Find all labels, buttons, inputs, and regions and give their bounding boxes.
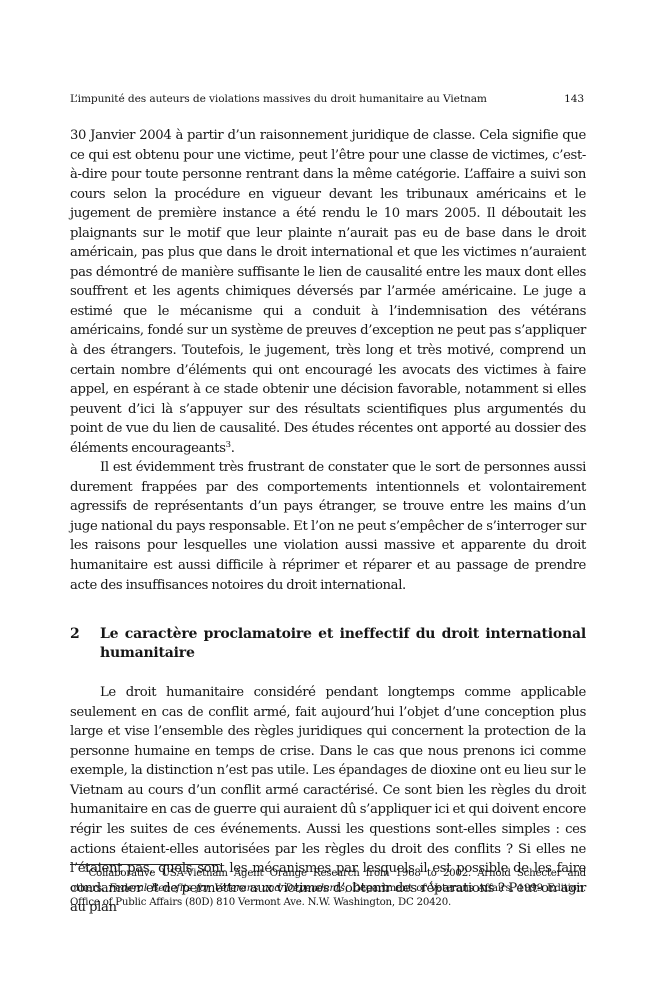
running-head-title: L’impunité des auteurs de violations mas… <box>70 92 487 106</box>
body-text: 30 Janvier 2004 à partir d’un raisonneme… <box>70 126 586 918</box>
paragraph-tail: . <box>231 441 235 456</box>
paragraph: Il est évidemment très frustrant de cons… <box>70 458 586 595</box>
page-number: 143 <box>564 92 586 106</box>
paragraph-text: 30 Janvier 2004 à partir d’un raisonneme… <box>70 128 586 456</box>
running-head: L’impunité des auteurs de violations mas… <box>70 92 586 106</box>
section-number: 2 <box>70 625 100 663</box>
page: L’impunité des auteurs de violations mas… <box>70 92 586 918</box>
section-heading: 2 Le caractère proclamatoire et ineffect… <box>70 625 586 663</box>
footnote: 3Collaborative USA-Vietnam Agent Orange … <box>70 867 586 911</box>
section-title: Le caractère proclamatoire et ineffectif… <box>100 625 586 663</box>
paragraph-text: Il est évidemment très frustrant de cons… <box>70 460 586 592</box>
footnote-rule <box>70 864 220 865</box>
paragraph: 30 Janvier 2004 à partir d’un raisonneme… <box>70 126 586 458</box>
footnote-title: Federal Benefits for Veterans and Depend… <box>109 883 345 894</box>
